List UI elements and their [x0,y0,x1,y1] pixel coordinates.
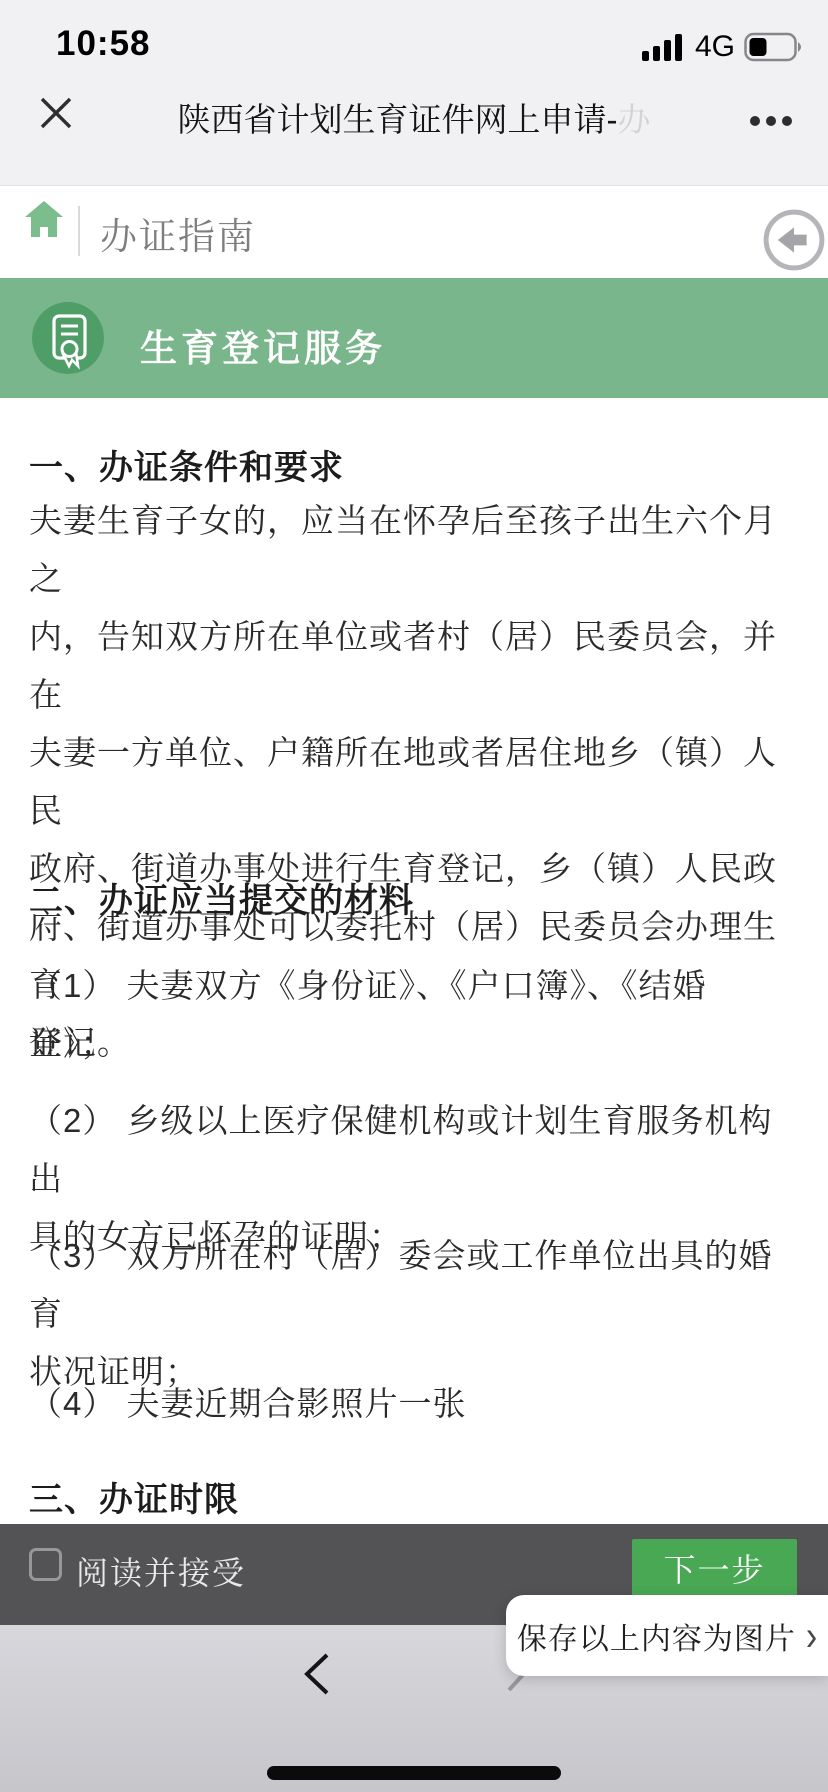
status-and-header-bar: 10:58 4G 陕西省计划生育证件网上申请-办 [0,0,828,186]
home-indicator[interactable] [267,1766,561,1780]
clock-time: 10:58 [56,24,151,64]
save-as-image-popup[interactable]: 保存以上内容为图片 › [506,1595,828,1676]
certificate-icon [32,302,104,374]
save-popup-label: 保存以上内容为图片 [517,1614,796,1658]
section3-heading: 三、办证时限 [29,1472,799,1521]
accept-checkbox[interactable] [29,1548,62,1581]
section1-heading: 一、办证条件和要求 [29,440,799,489]
accept-label: 阅读并接受 [76,1548,246,1594]
chevron-right-icon: › [806,1614,817,1657]
material-item-4: （4） 夫妻近期合影照片一张 [29,1375,801,1433]
nav-page-label: 办证指南 [100,206,256,260]
wechat-browser-header: 陕西省计划生育证件网上申请-办 [0,92,828,162]
section2-heading: 二、办证应当提交的材料 [29,873,799,922]
circle-back-icon[interactable] [758,204,828,276]
material-item-1: （1） 夫妻双方《身份证》、《户口簿》、《结婚 证》； [29,957,801,1073]
page-title-faded-char: 办 [618,101,651,138]
site-nav-row: 办证指南 [0,186,828,278]
home-icon[interactable] [24,200,64,238]
signal-strength-icon [642,32,686,62]
next-step-button[interactable]: 下一步 [632,1539,797,1597]
battery-icon [744,32,806,62]
nav-divider [78,206,80,256]
status-icons: 4G [642,30,806,64]
network-type-label: 4G [695,30,735,64]
phone-screen: 10:58 4G 陕西省计划生育证件网上申请-办 [0,0,828,1792]
service-banner: 生育登记服务 [0,278,828,398]
page-title: 陕西省计划生育证件网上申请-办 [0,94,828,141]
browser-back-icon[interactable] [301,1652,331,1696]
banner-title: 生育登记服务 [140,318,386,372]
more-menu-icon[interactable] [750,116,792,126]
